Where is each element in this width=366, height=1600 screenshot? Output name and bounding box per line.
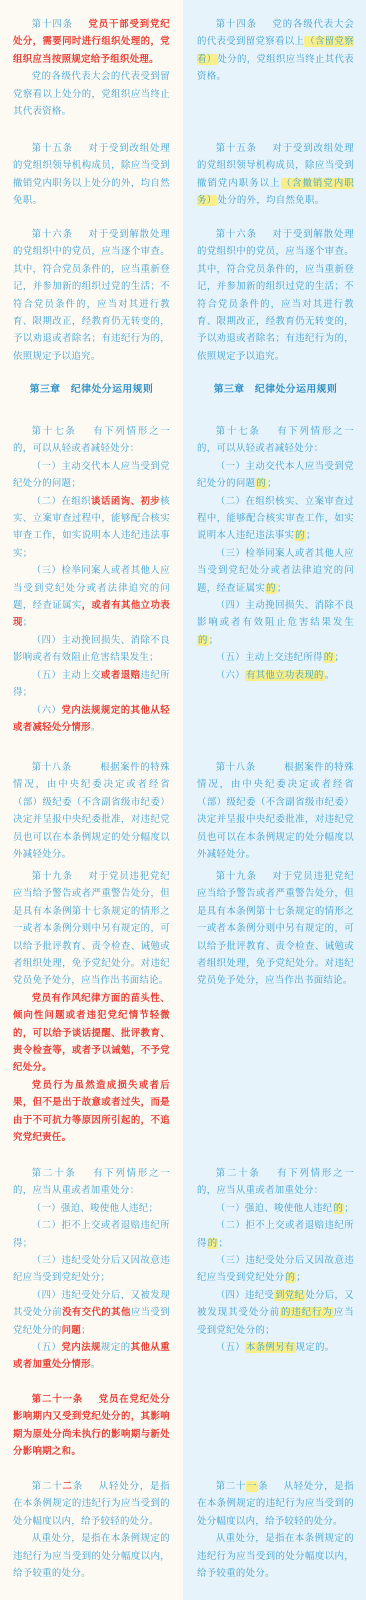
old-version-column: 第十四条党的各级代表大会的代表受到留党察看以上（含留党察看）处分的，党组织应当终…: [183, 0, 366, 1600]
deleted-text-highlight: 本条例另有: [245, 1342, 296, 1353]
article-19-new: 第十九条对于党员违犯党纪应当给予警告或者严重警告处分，但是具有本条例第十七条规定…: [13, 868, 170, 1147]
article-17-old: 第十七条有下列情形之一的，可以从轻或者减轻处分： （一）主动交代本人应当受到党纪…: [197, 423, 354, 684]
article-label: 第十八条: [216, 762, 256, 773]
text: （四）主动挽回损失、消除不良影响或者有效阻止危害结果发生: [197, 600, 354, 628]
article-label: 第二十一条: [216, 1481, 269, 1492]
deleted-text-highlight: 的: [294, 530, 306, 541]
text: （二）在组织: [32, 496, 91, 507]
text: 处分的，党组织应当终止其代表资格。: [197, 54, 354, 82]
chapter-title: 第三章 纪律处分运用规则: [13, 381, 170, 398]
text: ；: [306, 530, 316, 541]
text: ；: [209, 635, 219, 646]
text: 条: [73, 1481, 83, 1492]
text: （五）主动上交: [32, 670, 101, 681]
list-item: （二）在组织谈话函询、初步核实、立案审查过程中，能够配合核实审查工作，如实说明本…: [13, 493, 170, 563]
text: （六）: [32, 705, 62, 716]
article-21-old: 第二十一条从轻处分，是指在本条例规定的违纪行为应当受到的处分幅度以内，给予较轻的…: [197, 1478, 354, 1582]
text: ；: [23, 617, 33, 628]
text: 第二十: [32, 1481, 63, 1492]
list-item: （三）违纪受处分后又因故意违纪应当受到党纪处分；: [13, 1252, 170, 1287]
added-text: 谈话函询、初步: [91, 496, 160, 507]
text: 。: [325, 670, 335, 681]
list-item: （六）党内法规规定的其他从轻或者减轻处分情形。: [13, 702, 170, 737]
article-21-new: 第二十一条党员在党纪处分影响期内又受到党纪处分的，其影响期为原处分尚未执行的影响…: [13, 1391, 170, 1461]
chapter-3-title-new: 第三章 纪律处分运用规则: [13, 381, 170, 398]
text: 。: [91, 1359, 101, 1370]
text: 处分的外，均自然免职。: [217, 195, 324, 206]
deleted-text-highlight: 的: [197, 635, 209, 646]
article-label: 第二十条: [32, 1168, 77, 1179]
paragraph: 对于受到解散处理的党组织中的党员，应当逐个审查。其中，符合党员条件的，应当重新登…: [13, 229, 170, 362]
deleted-text-highlight: 的: [265, 583, 277, 594]
article-14-new: 第十四条党员干部受到党纪处分，需要同时进行组织处理的，党组织应当按照规定给予组织…: [13, 16, 170, 120]
article-15-new: 第十五条对于受到改组处理的党组织领导机构成员，除应当受到撤销党内职务以上处分的外…: [13, 140, 170, 210]
paragraph: 对于受到解散处理的党组织中的党员，应当逐个审查。其中，符合党员条件的，应当重新登…: [197, 229, 354, 362]
article-label: 第十七条: [32, 426, 77, 437]
article-20-old: 第二十条有下列情形之一的，应当从重或者加重处分： （一）强迫、唆使他人违纪的； …: [197, 1165, 354, 1356]
list-item: （四）主动挽回损失、消除不良影响或者有效阻止危害结果发生；: [13, 632, 170, 667]
paragraph: 从重处分，是指在本条例规定的违纪行为应当受到的处分幅度以内，给予较重的处分。: [197, 1530, 354, 1582]
article-label: 第十六条: [32, 229, 73, 240]
list-item: （四）违纪受处分后，又被发现其受处分前没有交代的其他应当受到党纪处分的问题；: [13, 1287, 170, 1339]
paragraph: 党的各级代表大会的代表受到留党察看以上处分的，党组织应当终止其代表资格。: [13, 68, 170, 120]
text: （五）: [32, 1342, 62, 1353]
changed-number-highlight: 一: [246, 1481, 258, 1492]
list-item: （二）拒不上交或者退赔违纪所得；: [13, 1217, 170, 1252]
list-item: （二）拒不上交或者退赔违纪所得的；: [197, 1217, 354, 1252]
paragraph: 根据案件的特殊情况，由中央纪委决定或者经省（部）级纪委（不含副省级市纪委）决定并…: [13, 762, 170, 860]
deleted-text-highlight: 有其他立功表现的: [245, 670, 325, 681]
text: （二）在组织核实、立案审查过程中，能够配合核实审查工作，如实说明本人违纪违法事实: [197, 496, 354, 542]
article-label: 第十五条: [32, 143, 73, 154]
deleted-text-highlight: 的: [255, 478, 267, 489]
article-17-new: 第十七条有下列情形之一的，可以从轻或者减轻处分： （一）主动交代本人应当受到党纪…: [13, 423, 170, 736]
text: 条: [258, 1481, 268, 1492]
article-20-new: 第二十条有下列情形之一的，应当从重或者加重处分： （一）强迫、唆使他人违纪； （…: [13, 1165, 170, 1374]
article-label: 第十四条: [216, 19, 257, 30]
deleted-text-highlight: 的: [285, 1272, 297, 1283]
article-label: 第十五条: [216, 143, 257, 154]
text: （五）主动上交违纪所得: [216, 652, 323, 663]
article-label: 第二十条: [216, 1168, 261, 1179]
article-16-old: 第十六条对于受到解散处理的党组织中的党员，应当逐个审查。其中，符合党员条件的，应…: [197, 226, 354, 365]
regulation-comparison: 第十四条党员干部受到党纪处分，需要同时进行组织处理的，党组织应当按照规定给予组织…: [0, 0, 366, 1600]
article-label: 第二十一条: [32, 1394, 83, 1405]
text: ；: [296, 1272, 306, 1283]
list-item: （三）检举同案人或者其他人应当受到党纪处分或者法律追究的问题，经查证属实的；: [197, 545, 354, 597]
list-item: （四）主动挽回损失、消除不良影响或者有效阻止危害结果发生的；: [197, 597, 354, 649]
list-item: （四）违纪受到党纪处分后，又被发现其受处分前的违纪行为应当受到党纪处分的；: [197, 1287, 354, 1339]
deleted-text-highlight: 的: [323, 652, 335, 663]
list-item: （一）主动交代本人应当受到党纪处分的问题的；: [197, 458, 354, 493]
added-text: 问题: [62, 1325, 81, 1336]
added-paragraph: 党员行为虽然造成损失或者后果，但不是出于故意或者过失，而是由于不可抗力等原因所引…: [13, 1077, 170, 1147]
added-paragraph: 党员有作风纪律方面的苗头性、倾向性问题或者违犯党纪情节轻微的，可以给予谈话提醒、…: [13, 990, 170, 1077]
list-item: （二）在组织核实、立案审查过程中，能够配合核实审查工作，如实说明本人违纪违法事实…: [197, 493, 354, 545]
paragraph: 从重处分，是指在本条例规定的违纪行为应当受到的处分幅度以内，给予较重的处分。: [13, 1530, 170, 1582]
article-label: 第十六条: [216, 229, 257, 240]
text: （三）违纪受处分后又因故意违纪应当受到党纪处分: [197, 1255, 354, 1283]
deleted-text-highlight: 的: [333, 1203, 345, 1214]
article-label: 第十九条: [32, 871, 73, 882]
added-text: 没有交代的其他: [62, 1307, 131, 1318]
text: （六）: [216, 670, 245, 681]
changed-number: 二: [63, 1481, 73, 1492]
text: ；: [267, 478, 277, 489]
text: ；: [81, 1325, 91, 1336]
text: ；: [277, 583, 287, 594]
list-item: （三）检举同案人或者其他人应当受到党纪处分或者法律追究的问题，经查证属实，或者有…: [13, 562, 170, 632]
article-22-new: 第二十二条从轻处分，是指在本条例规定的违纪行为应当受到的处分幅度以内，给予较轻的…: [13, 1478, 170, 1582]
list-item: （五）党内法规规定的其他从重或者加重处分情形。: [13, 1339, 170, 1374]
text: ；: [335, 652, 345, 663]
text: 。: [91, 722, 101, 733]
added-text: 党内法规: [61, 1342, 101, 1353]
text: （一）强迫、唆使他人违纪: [216, 1203, 333, 1214]
article-label: 第十四条: [32, 19, 73, 30]
new-version-column: 第十四条党员干部受到党纪处分，需要同时进行组织处理的，党组织应当按照规定给予组织…: [0, 0, 183, 1600]
list-item: （五）主动上交或者退赔违纪所得；: [13, 667, 170, 702]
article-18-new: 第十八条根据案件的特殊情况，由中央纪委决定或者经省（部）级纪委（不含副省级市纪委…: [13, 759, 170, 863]
article-18-old: 第十八条根据案件的特殊情况，由中央纪委决定或者经省（部）级纪委（不含副省级市纪委…: [197, 759, 354, 863]
article-label: 第十九条: [216, 871, 257, 882]
article-16-new: 第十六条对于受到解散处理的党组织中的党员，应当逐个审查。其中，符合党员条件的，应…: [13, 226, 170, 365]
paragraph: 对于党员违犯党纪应当给予警告或者严重警告处分，但是具有本条例第十七条规定的情形之…: [197, 871, 354, 986]
list-item: （一）强迫、唆使他人违纪；: [13, 1200, 170, 1217]
list-item: （三）违纪受处分后又因故意违纪应当受到党纪处分的；: [197, 1252, 354, 1287]
deleted-text-highlight: 到党纪: [274, 1290, 305, 1301]
text: 第二十: [216, 1481, 246, 1492]
list-item: （五）本条例另有规定的。: [197, 1339, 354, 1356]
added-text: 或者退赔: [101, 670, 141, 681]
article-14-old: 第十四条党的各级代表大会的代表受到留党察看以上（含留党察看）处分的，党组织应当终…: [197, 16, 354, 86]
list-item: （五）主动上交违纪所得的；: [197, 649, 354, 666]
paragraph: 对于党员违犯党纪应当给予警告或者严重警告处分，但是具有本条例第十七条规定的情形之…: [13, 871, 170, 986]
article-15-old: 第十五条对于受到改组处理的党组织领导机构成员，除应当受到撤销党内职务以上（含撤销…: [197, 140, 354, 210]
article-label: 第十七条: [216, 426, 261, 437]
article-label: 第十八条: [32, 762, 72, 773]
chapter-3-title-old: 第三章 纪律处分运用规则: [197, 381, 354, 398]
article-19-old: 第十九条对于党员违犯党纪应当给予警告或者严重警告处分，但是具有本条例第十七条规定…: [197, 868, 354, 990]
list-item: （一）主动交代本人应当受到党纪处分的问题；: [13, 458, 170, 493]
list-item: （六）有其他立功表现的。: [197, 667, 354, 684]
list-item: （一）强迫、唆使他人违纪的；: [197, 1200, 354, 1217]
deleted-text-highlight: 的: [207, 1238, 219, 1249]
article-label: 第二十二条: [32, 1481, 83, 1492]
text: 规定的。: [296, 1342, 335, 1353]
text: （四）违纪受: [216, 1290, 274, 1301]
paragraph: 根据案件的特殊情况，由中央纪委决定或者经省（部）级纪委（不含副省级市纪委）决定并…: [197, 762, 354, 860]
text: 规定的: [101, 1342, 131, 1353]
text: （五）: [216, 1342, 245, 1353]
chapter-title: 第三章 纪律处分运用规则: [197, 381, 354, 398]
deleted-text-highlight: 的违纪行为: [280, 1307, 334, 1318]
text: ；: [344, 1203, 354, 1214]
text: ；: [218, 1238, 228, 1249]
